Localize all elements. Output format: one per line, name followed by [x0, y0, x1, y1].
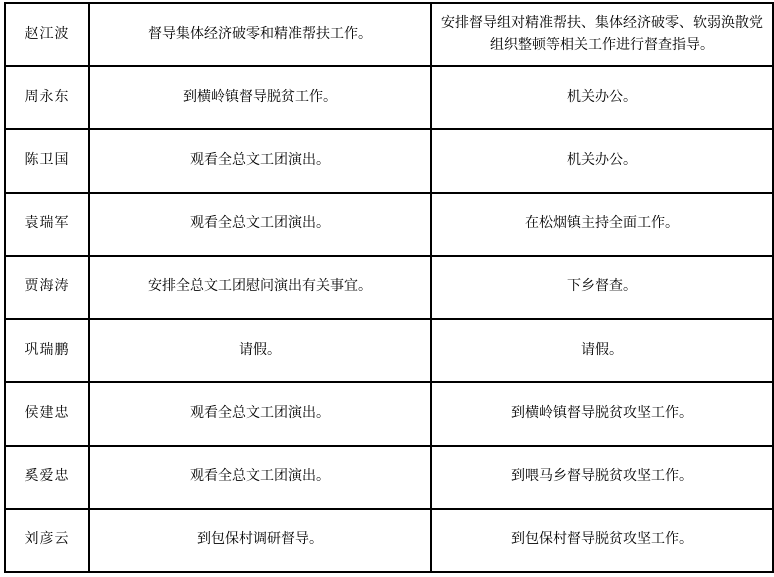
table-row: 刘彦云 到包保村调研督导。 到包保村督导脱贫攻坚工作。: [5, 509, 773, 572]
table-row: 袁瑞军 观看全总文工团演出。 在松烟镇主持全面工作。: [5, 193, 773, 256]
table-row: 奚爱忠 观看全总文工团演出。 到喂马乡督导脱贫攻坚工作。: [5, 446, 773, 509]
activity-am-cell: 请假。: [89, 319, 431, 382]
activity-am-cell: 到横岭镇督导脱贫工作。: [89, 66, 431, 129]
name-cell: 赵江波: [5, 3, 89, 66]
activity-pm-cell: 到喂马乡督导脱贫攻坚工作。: [431, 446, 773, 509]
table-row: 侯建忠 观看全总文工团演出。 到横岭镇督导脱贫攻坚工作。: [5, 382, 773, 445]
activity-pm-cell: 机关办公。: [431, 129, 773, 192]
name-cell: 周永东: [5, 66, 89, 129]
activity-am-cell: 观看全总文工团演出。: [89, 446, 431, 509]
name-cell: 侯建忠: [5, 382, 89, 445]
name-cell: 刘彦云: [5, 509, 89, 572]
activity-am-cell: 观看全总文工团演出。: [89, 193, 431, 256]
activity-pm-cell: 机关办公。: [431, 66, 773, 129]
activity-pm-cell: 到横岭镇督导脱贫攻坚工作。: [431, 382, 773, 445]
activity-am-cell: 观看全总文工团演出。: [89, 382, 431, 445]
activity-am-cell: 观看全总文工团演出。: [89, 129, 431, 192]
activity-am-cell: 到包保村调研督导。: [89, 509, 431, 572]
activity-pm-cell: 下乡督查。: [431, 256, 773, 319]
activity-pm-cell: 到包保村督导脱贫攻坚工作。: [431, 509, 773, 572]
name-cell: 陈卫国: [5, 129, 89, 192]
name-cell: 奚爱忠: [5, 446, 89, 509]
name-cell: 贾海涛: [5, 256, 89, 319]
table-row: 周永东 到横岭镇督导脱贫工作。 机关办公。: [5, 66, 773, 129]
activity-pm-cell: 请假。: [431, 319, 773, 382]
activity-am-cell: 督导集体经济破零和精准帮扶工作。: [89, 3, 431, 66]
table-row: 赵江波 督导集体经济破零和精准帮扶工作。 安排督导组对精准帮扶、集体经济破零、软…: [5, 3, 773, 66]
activity-pm-cell: 在松烟镇主持全面工作。: [431, 193, 773, 256]
activity-am-cell: 安排全总文工团慰问演出有关事宜。: [89, 256, 431, 319]
name-cell: 巩瑞鹏: [5, 319, 89, 382]
duty-schedule-table: 赵江波 督导集体经济破零和精准帮扶工作。 安排督导组对精准帮扶、集体经济破零、软…: [4, 2, 774, 573]
name-cell: 袁瑞军: [5, 193, 89, 256]
document-page: 赵江波 督导集体经济破零和精准帮扶工作。 安排督导组对精准帮扶、集体经济破零、软…: [0, 0, 774, 577]
table-row: 陈卫国 观看全总文工团演出。 机关办公。: [5, 129, 773, 192]
activity-pm-cell: 安排督导组对精准帮扶、集体经济破零、软弱涣散党组织整顿等相关工作进行督查指导。: [431, 3, 773, 66]
table-row: 巩瑞鹏 请假。 请假。: [5, 319, 773, 382]
table-row: 贾海涛 安排全总文工团慰问演出有关事宜。 下乡督查。: [5, 256, 773, 319]
